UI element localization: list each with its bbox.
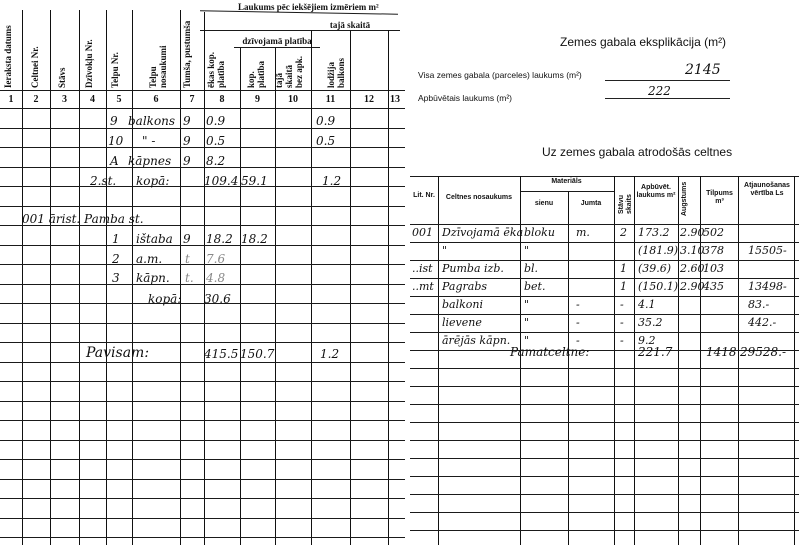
grid-row-line <box>0 167 405 168</box>
cell-walls: " <box>524 298 529 311</box>
grid-column-line <box>678 176 679 545</box>
cell-name: Pagrabs <box>442 280 487 293</box>
grid-row-line <box>0 303 405 304</box>
header-divider <box>234 47 320 48</box>
cell-total-area: 30.6 <box>204 292 231 306</box>
grid-column-line <box>794 176 795 545</box>
header-materials: Materiāls <box>520 178 613 186</box>
total-volume: 1418 <box>706 345 737 359</box>
cell-area: (150.1) <box>638 280 678 293</box>
cell-total-area: 4.8 <box>206 271 225 285</box>
room-explication-page: Laukums pēc iekšējiem izmēriem m² tajā s… <box>0 0 410 545</box>
col-header-room-nr: Telpu Nr. <box>110 30 120 88</box>
grid-row-line <box>410 278 799 279</box>
header-walls: sienu <box>520 200 568 208</box>
cell-height: 3.10 <box>680 244 705 257</box>
cell-name: Pumba izb. <box>442 262 504 275</box>
cell-value: 83.- <box>748 298 769 311</box>
grid-row-line <box>0 342 405 343</box>
grid-row-line <box>0 108 405 109</box>
cell-roof: - <box>576 298 580 311</box>
grid-column-line <box>22 10 23 545</box>
grand-total-loggia: 1.2 <box>320 347 339 361</box>
grid-row-line <box>0 362 405 363</box>
cell-area: 35.2 <box>638 316 663 329</box>
cell-name: Dzīvojamā ēka <box>442 226 523 239</box>
cell-total-area: 0.5 <box>206 134 225 148</box>
cell-area: 173.2 <box>638 226 670 239</box>
cell-room-name: kāpnes <box>128 154 171 168</box>
cell-room-name: " - <box>142 134 155 148</box>
cell-volume: 502 <box>703 226 724 239</box>
main-building-total-label: Pamatceltne: <box>510 345 589 359</box>
header-divider <box>200 30 400 31</box>
cell-subtotal-label: kopā: <box>148 292 181 306</box>
cell-value: 15505- <box>748 244 787 257</box>
buildings-title: Uz zemes gabala atrodošās celtnes <box>542 145 732 159</box>
cell-room-nr: 2 <box>112 252 120 266</box>
cell-dark: t <box>185 252 190 266</box>
cell-walls: bloku <box>524 226 555 239</box>
col-header-living-total-wrap: kop. platība <box>246 52 268 88</box>
cell-height: 2.60 <box>680 262 705 275</box>
grid-column-line <box>50 10 51 545</box>
grid-row-line <box>0 245 405 246</box>
subgroup-title: tajā skaitā <box>310 20 390 30</box>
cell-volume: 378 <box>703 244 724 257</box>
grid-row-line <box>410 332 799 333</box>
cell-total-area: 0.9 <box>206 114 225 128</box>
grid-column-line <box>79 10 80 545</box>
col-header-living-net: tajā skaitā bez apk. <box>274 52 306 88</box>
built-area-underline <box>605 98 730 99</box>
area-group-title: Laukums pēc iekšējiem izmēriem m² <box>238 2 398 12</box>
cell-walls: bet. <box>524 280 545 293</box>
cell-name: " <box>442 244 447 257</box>
grid-row-line <box>410 404 799 405</box>
cell-floors: - <box>620 298 624 311</box>
cell-room-nr: A <box>110 154 119 168</box>
header-value: Atjaunošanas vērtība Ls <box>738 182 796 198</box>
cell-floors: - <box>620 316 624 329</box>
cell-loggia: 0.5 <box>316 134 335 148</box>
header-volume: Tilpums m³ <box>702 190 737 206</box>
grid-row-line <box>0 401 405 402</box>
grid-column-line <box>180 10 181 545</box>
cell-room-name: balkons <box>128 114 175 128</box>
cell-floors: 1 <box>620 280 627 293</box>
cell-room-nr: 9 <box>110 114 118 128</box>
cell-walls: " <box>524 244 529 257</box>
col-header-date: Ieraksta datums <box>3 30 13 88</box>
cell-room-nr: 1 <box>112 232 120 246</box>
cell-loggia: 0.9 <box>316 114 335 128</box>
grid-row-line <box>0 186 405 187</box>
grid-row-line <box>410 314 799 315</box>
col-number: 13 <box>388 94 402 105</box>
header-divider <box>0 90 405 91</box>
cell-name: ārējās kāpn. <box>442 334 510 347</box>
col-header-room-name-wrap: Telpu nosaukumi <box>136 30 182 88</box>
cell-living-area: 18.2 <box>241 232 268 246</box>
cell-lit: 001 <box>412 226 433 239</box>
cell-dark: 9 <box>183 232 191 246</box>
cell-roof: m. <box>576 226 590 239</box>
cell-dark: 9 <box>183 154 191 168</box>
grand-total-living: 150.7 <box>240 347 274 361</box>
header-built-area: Apbūvēt. laukums m² <box>636 184 676 200</box>
grid-row-line <box>410 260 799 261</box>
cell-name: lievenе <box>442 316 482 329</box>
cell-room-name: a.m. <box>136 252 162 266</box>
grid-column-line <box>438 176 439 545</box>
col-number: 5 <box>106 94 132 105</box>
grid-row-line <box>0 147 405 148</box>
grid-row-line <box>410 458 799 459</box>
cell-walls: bl. <box>524 262 538 275</box>
col-header-loggia: lodžija balkons <box>326 48 348 88</box>
col-header-loggia-wrap: lodžija balkons <box>326 48 350 88</box>
cell-subtotal-label: kopā: <box>136 174 169 188</box>
col-header-living-total: kop. platība <box>246 52 268 88</box>
grid-row-line <box>410 512 799 513</box>
cell-floors: - <box>620 334 624 347</box>
grand-total-area: 415.5 <box>204 347 238 361</box>
grid-column-line <box>634 176 635 545</box>
grid-row-line <box>410 224 799 225</box>
cell-height: 2.90 <box>680 226 705 239</box>
col-header-total-area-wrap: ēkas kop. platība <box>206 40 228 88</box>
col-header-room-name: Telpu nosaukumi <box>148 30 170 88</box>
grid-row-line <box>410 422 799 423</box>
grid-row-line <box>0 498 405 499</box>
cell-walls: " <box>524 316 529 329</box>
section-label: 001 ārist. Pamba st. <box>22 212 144 226</box>
table-top-border <box>410 176 799 177</box>
grid-row-line <box>0 264 405 265</box>
cell-room-name: kāpn. <box>136 271 170 285</box>
grid-row-line <box>0 128 405 129</box>
cell-value: 13498- <box>748 280 787 293</box>
grid-row-line <box>0 206 405 207</box>
cell-height: 2.90 <box>680 280 705 293</box>
cell-total-area: 7.6 <box>206 252 225 266</box>
col-number: 12 <box>350 94 388 105</box>
grid-column-line <box>614 176 615 545</box>
col-number: 8 <box>204 94 240 105</box>
grid-column-line <box>106 10 107 545</box>
col-number: 10 <box>275 94 311 105</box>
grid-row-line <box>410 386 799 387</box>
header-divider <box>520 191 614 192</box>
col-number: 1 <box>0 94 22 105</box>
grid-row-line <box>0 537 405 538</box>
cell-room-nr: 3 <box>112 271 120 285</box>
grid-row-line <box>0 381 405 382</box>
grid-row-line <box>410 296 799 297</box>
header-height: Augstums <box>681 182 689 216</box>
total-area-underline <box>605 80 730 81</box>
cell-floors: 2 <box>620 226 627 239</box>
cell-total-area: 109.4 <box>204 174 238 188</box>
grand-total-label: Pavisam: <box>86 345 149 361</box>
grid-row-line <box>0 479 405 480</box>
cell-lit: ..ist <box>412 262 433 275</box>
grid-column-line <box>132 10 133 545</box>
header-roof: Jumta <box>568 200 614 208</box>
cell-total-area: 18.2 <box>206 232 233 246</box>
grid-row-line <box>0 323 405 324</box>
cell-dark: 9 <box>183 114 191 128</box>
cell-total-area: 8.2 <box>206 154 225 168</box>
cell-room-nr: 2.st. <box>90 174 116 188</box>
grid-row-line <box>410 242 799 243</box>
cell-volume: 103 <box>703 262 724 275</box>
grid-row-line <box>410 494 799 495</box>
col-header-building-nr: Celtnei Nr. <box>30 30 40 88</box>
total-value: 29528.- <box>740 345 786 359</box>
cell-area: (39.6) <box>638 262 671 275</box>
grid-row-line <box>410 530 799 531</box>
cell-area: (181.9) <box>638 244 678 257</box>
col-header-total-area: ēkas kop. platība <box>206 40 228 88</box>
col-number: 9 <box>240 94 275 105</box>
col-number: 6 <box>132 94 180 105</box>
cell-room-name: ištaba <box>136 232 173 246</box>
land-explication-page: Zemes gabala eksplikācija (m²) Visa zeme… <box>410 0 799 545</box>
built-area-value: 222 <box>648 84 671 98</box>
grid-row-line <box>0 284 405 285</box>
grid-column-line <box>240 48 241 545</box>
header-floors: Stāvu skaits <box>618 182 634 214</box>
grid-column-line <box>204 12 205 545</box>
col-header-apartment-nr: Dzīvokļu Nr. <box>84 30 94 88</box>
grid-column-line <box>275 48 276 545</box>
col-number: 3 <box>50 94 79 105</box>
col-header-living-net-wrap: tajā skaitā bez apk. <box>274 52 308 88</box>
grid-row-line <box>0 420 405 421</box>
cell-dark: t. <box>185 271 194 285</box>
col-number: 7 <box>180 94 204 105</box>
cell-room-nr: 10 <box>108 134 123 148</box>
total-built-area: 221.7 <box>638 345 672 359</box>
total-area-value: 2145 <box>685 62 721 78</box>
col-number: 4 <box>79 94 106 105</box>
cell-loggia: 1.2 <box>322 174 341 188</box>
living-area-title: dzīvojamā platība <box>234 36 320 46</box>
grid-row-line <box>410 440 799 441</box>
cell-area: 4.1 <box>638 298 656 311</box>
grid-column-line <box>738 176 739 545</box>
cell-name: balkoni <box>442 298 483 311</box>
grid-row-line <box>0 518 405 519</box>
grid-row-line <box>0 440 405 441</box>
col-number: 2 <box>22 94 50 105</box>
grid-row-line <box>410 476 799 477</box>
col-header-floor: Stāvs <box>57 30 67 88</box>
cell-value: 442.- <box>748 316 776 329</box>
col-header-dark: Tumša, pustumša <box>182 18 192 88</box>
cell-volume: 435 <box>703 280 724 293</box>
grid-row-line <box>0 459 405 460</box>
cell-living-area: 59.1 <box>241 174 268 188</box>
header-lit-nr: Lit. Nr. <box>410 192 438 200</box>
built-area-label: Apbūvētais laukums (m²) <box>418 93 512 103</box>
cell-floors: 1 <box>620 262 627 275</box>
total-area-label: Visa zemes gabala (parceles) laukums (m²… <box>418 70 582 80</box>
cell-dark: 9 <box>183 134 191 148</box>
grid-row-line <box>410 368 799 369</box>
header-building-name: Celtnes nosaukums <box>438 194 520 202</box>
cell-lit: ..mt <box>412 280 434 293</box>
cell-roof: - <box>576 316 580 329</box>
col-number: 11 <box>311 94 350 105</box>
land-explication-title: Zemes gabala eksplikācija (m²) <box>560 35 726 49</box>
